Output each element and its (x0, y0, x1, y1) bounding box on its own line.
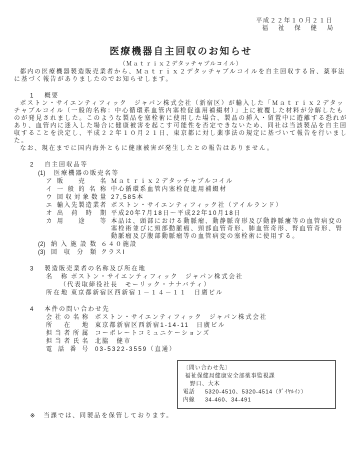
manufacturer-president: （代表取締役社長 モーリック・ナナバティ） (14, 281, 348, 289)
row-paren: (2) (38, 241, 51, 249)
section-3-heading: 3 製造販売業者の名称及び所在地 (14, 265, 348, 273)
row-value: ６４０施設 (101, 241, 348, 249)
section-3-title: 製造販売業者の名称及び所在地 (45, 265, 147, 272)
issue-date: 平成２２年１０月２１日 (14, 17, 333, 25)
row-value: 北脇 健市 (95, 338, 348, 346)
document-header: 平成２２年１０月２１日 福祉保健局 (14, 17, 348, 32)
row-label: 担当者氏名 (46, 338, 88, 346)
section-1-heading: 1 概要 (14, 92, 348, 100)
inquiry-company-name-row: 会社の名称 ボストン・サイエンティフィック ジャパン株式会社 (14, 314, 348, 322)
inquiry-department-row: 担当者所属 コーポレートコミュニケーションズ (14, 330, 348, 338)
row-kana: カ (46, 218, 57, 226)
issuing-bureau: 福祉保健局 (262, 25, 333, 33)
row-kana: ウ (46, 194, 57, 202)
row-value: ボストン・サイエンティフィック ジャパン株式会社 (71, 273, 348, 281)
row-value: 東京都新宿区西新宿1-14-11 日廣ビル (95, 322, 348, 330)
inquiry-address-row: 所在地 東京都新宿区西新宿1-14-11 日廣ビル (14, 322, 348, 330)
row-label: 回収分類 (51, 249, 96, 257)
row-label: 輸入先製造業者 (57, 202, 106, 210)
section-2-title: 自主回収品等 (45, 161, 89, 168)
recall-row-intended-use: カ 用途等 本品は、頭部における動脈瘤、動静脈奇形及び動静脈瘻等の血管病変の塞栓… (14, 218, 348, 241)
row-value: ボストン・サイエンティフィック ジャパン株式会社 (95, 314, 348, 322)
recall-row-generic-name: イ 一般的名称 中心循環系血管内塞栓促進用補綴材 (14, 186, 348, 194)
intro-paragraph: 都内の医療機器製造販売業者から、Ｍａｔｒｉｘ２デタッチャブルコイルを自主回収する… (14, 68, 348, 83)
row-value: 平成20年7月18日～平成22年10月18日 (111, 210, 348, 218)
contact-box-division: 福祉保健局健康安全部薬事監視課 (183, 372, 330, 380)
row-value: Ｍａｔｒｉｘ２デタッチャブルコイル (111, 178, 348, 186)
document-viewport: 平成２２年１０月２１日 福祉保健局 医療機器自主回収のお知らせ （Ｍａｔｒｉｘ２… (0, 0, 360, 466)
ext-label: 内線 (183, 396, 205, 404)
row-value: 中心循環系血管内塞栓促進用補綴材 (111, 186, 348, 194)
recall-row-product-name: ア 販売名 Ｍａｔｒｉｘ２デタッチャブルコイル (14, 178, 348, 186)
row-label: 回収対象数量 (57, 194, 106, 202)
row-label: 用途等 (57, 218, 106, 226)
row-label: 会社の名称 (46, 314, 88, 322)
document-title: 医療機器自主回収のお知らせ (14, 46, 348, 58)
section-3-number: 3 (14, 265, 35, 273)
recall-sub1-paren: (1) (38, 170, 51, 178)
tel-label: 電話 (183, 388, 205, 396)
tel-value: 5320-4510、5320-4514（ﾀﾞｲﾔﾙｲﾝ） (205, 388, 307, 396)
row-label: 納入施設数 (51, 241, 96, 249)
recall-row-foreign-manufacturer: エ 輸入先製造業者 ボストン・サイエンティフィック社（アイルランド） (14, 202, 348, 210)
contact-box: 〔問い合わせ先〕 福祉保健局健康安全部薬事監視課 野口、大木 電話 5320-4… (177, 360, 336, 409)
overview-body: ボストン・サイエンティフィック ジャパン株式会社（新宿区）が輸入した「Ｍａｔｒｉ… (14, 100, 348, 145)
row-value: クラスⅠ (101, 249, 348, 257)
recall-row-facility-count: (2) 納入施設数 ６４０施設 (14, 241, 348, 249)
contact-box-tel-row: 電話 5320-4510、5320-4514（ﾀﾞｲﾔﾙｲﾝ） (183, 388, 330, 396)
recall-sub1-label: 医療機器の販売名等 (54, 170, 119, 177)
notice-document: 平成２２年１０月２１日 福祉保健局 医療機器自主回収のお知らせ （Ｍａｔｒｉｘ２… (0, 0, 360, 466)
row-value: 27,585本 (111, 194, 348, 202)
row-value: 東京都新宿区西新宿１－１４－１１ 日廣ビル (71, 289, 348, 297)
row-kana: ア (46, 178, 57, 186)
section-4-title: 本件の問い合わせ先 (45, 306, 110, 313)
manufacturer-name-row: 名称 ボストン・サイエンティフィック ジャパン株式会社 (14, 273, 348, 281)
row-kana: エ (46, 202, 57, 210)
recall-row-shipping-period: オ 出荷時期 平成20年7月18日～平成22年10月18日 (14, 210, 348, 218)
row-label: 電話番号 (46, 346, 88, 354)
row-paren: (3) (38, 249, 51, 257)
document-subtitle: （Ｍａｔｒｉｘ２デタッチャブルコイル） (14, 61, 348, 69)
row-label: 所在地 (46, 322, 88, 330)
recall-sub1-heading: (1) 医療機器の販売名等 (14, 170, 348, 178)
row-label: 名称 (46, 273, 67, 281)
row-label: 販売名 (57, 178, 106, 186)
row-value: 03-5322-3559（直通） (95, 346, 348, 354)
overview-note: なお、現在までに国内海外ともに健康被害が発生したとの報告はありません。 (14, 145, 348, 153)
row-value: 本品は、頭部における動脈瘤、動静脈奇形及び動静脈瘻等の血管病変の塞栓術並びに頸部… (111, 218, 348, 241)
section-2-heading: 2 自主回収品等 (14, 161, 348, 169)
section-4-heading: 4 本件の問い合わせ先 (14, 306, 348, 314)
contact-box-ext-row: 内線 34-460、34-491 (183, 396, 330, 404)
recall-row-quantity: ウ 回収対象数量 27,585本 (14, 194, 348, 202)
section-2-number: 2 (14, 161, 35, 169)
row-value: ボストン・サイエンティフィック社（アイルランド） (111, 202, 348, 210)
row-label: 一般的名称 (57, 186, 106, 194)
inquiry-phone-row: 電話番号 03-5322-3559（直通） (14, 346, 348, 354)
storage-footnote: ※ 当課では、同製品を保管しております。 (14, 412, 348, 420)
section-4-number: 4 (14, 306, 35, 314)
row-label: 出荷時期 (57, 210, 106, 218)
ext-value: 34-460、34-491 (205, 396, 251, 404)
recall-row-recall-class: (3) 回収分類 クラスⅠ (14, 249, 348, 257)
row-kana: オ (46, 210, 57, 218)
contact-box-title: 〔問い合わせ先〕 (183, 364, 330, 372)
row-value: コーポレートコミュニケーションズ (95, 330, 348, 338)
row-label: 担当者所属 (46, 330, 88, 338)
inquiry-person-row: 担当者氏名 北脇 健市 (14, 338, 348, 346)
row-label: 所在地 (46, 289, 67, 297)
section-1-number: 1 (14, 92, 35, 100)
contact-box-persons: 野口、大木 (183, 380, 330, 388)
section-1-title: 概要 (45, 92, 60, 99)
manufacturer-address-row: 所在地 東京都新宿区西新宿１－１４－１１ 日廣ビル (14, 289, 348, 297)
row-kana: イ (46, 186, 57, 194)
